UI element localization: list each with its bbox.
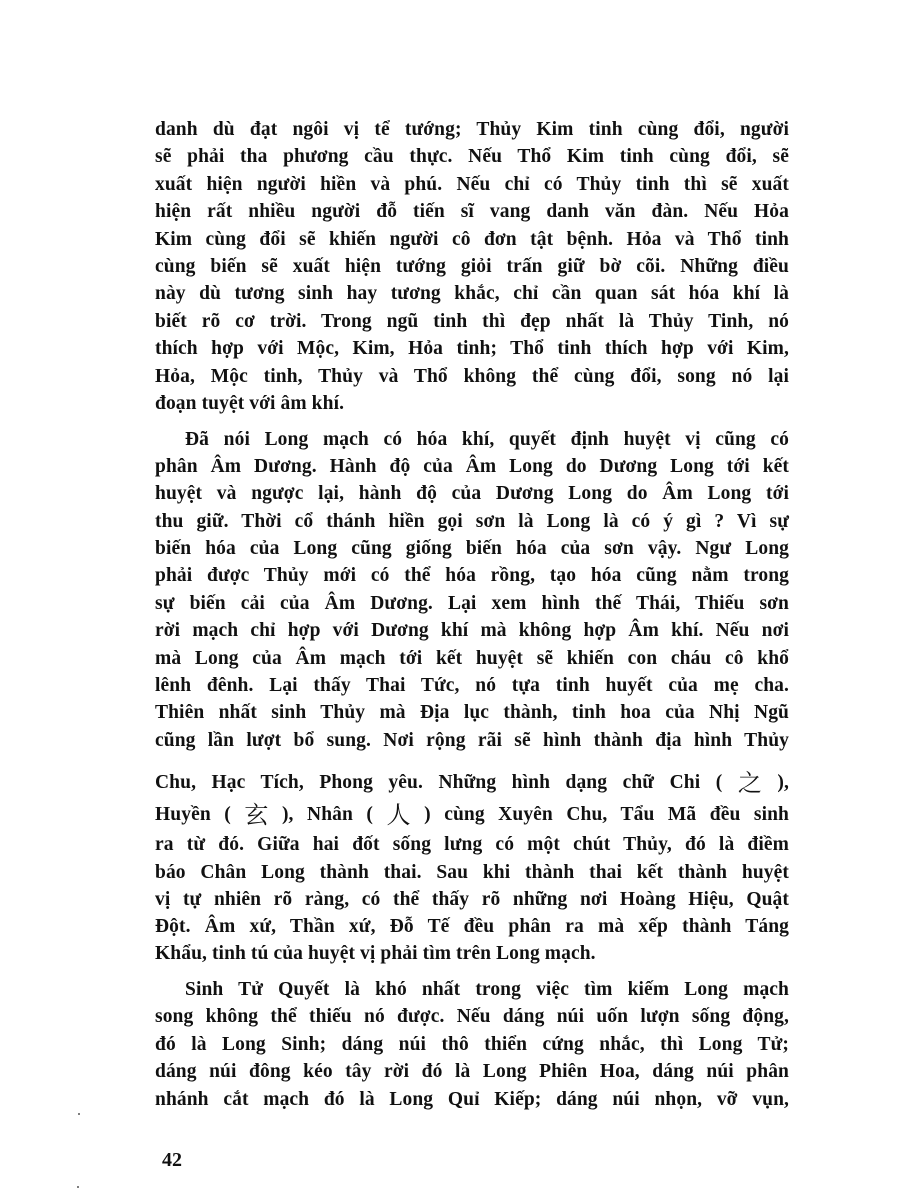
text-segment: ) cùng Xuyên Chu, Tẩu Mã đều sinh <box>424 804 789 825</box>
text-line: sự biến cải của Âm Dương. Lại xem hình t… <box>155 592 789 616</box>
text-line: thu giữ. Thời cổ thánh hiền gọi sơn là L… <box>155 510 789 534</box>
text-segment: Chu, Hạc Tích, Phong yêu. Những hình dạn… <box>155 772 722 793</box>
text-line: mà Long của Âm mạch tới kết huyệt sẽ khi… <box>155 647 789 671</box>
text-line: thích hợp với Mộc, Kim, Hỏa tinh; Thổ ti… <box>155 337 789 361</box>
text-line: dáng núi đông kéo tây rời đó là Long Phi… <box>155 1060 789 1084</box>
text-line: đó là Long Sinh; dáng núi thô thiển cứng… <box>155 1033 789 1057</box>
book-page: danh dù đạt ngôi vị tể tướng; Thủy Kim t… <box>0 0 921 1200</box>
text-line: Kim cùng đổi sẽ khiến người cô đơn tật b… <box>155 228 789 252</box>
text-line: báo Chân Long thành thai. Sau khi thành … <box>155 861 789 885</box>
text-line: Đã nói Long mạch có hóa khí, quyết định … <box>185 428 789 452</box>
text-line: song không thể thiếu nó được. Nếu dáng n… <box>155 1005 789 1029</box>
chinese-character-huyen: 玄 <box>244 803 268 827</box>
text-segment: Huyền ( <box>155 804 231 825</box>
text-line: Hỏa, Mộc tinh, Thủy và Thổ không thể cùn… <box>155 365 789 389</box>
text-line: xuất hiện người hiền và phú. Nếu chỉ có … <box>155 173 789 197</box>
chinese-character-chi: 之 <box>738 771 762 795</box>
text-line: cùng biến sẽ xuất hiện tướng giỏi trấn g… <box>155 255 789 279</box>
text-line: Khẩu, tinh tú của huyệt vị phải tìm trên… <box>155 942 789 966</box>
text-line-with-huyen-nhan-characters: Huyền ( 玄 ), Nhân ( 人 ) cùng Xuyên Chu, … <box>155 803 789 827</box>
text-line: cũng lần lượt bổ sung. Nơi rộng rãi sẽ h… <box>155 729 789 753</box>
text-line: hiện rất nhiều người đỗ tiến sĩ vang dan… <box>155 200 789 224</box>
text-line: rời mạch chỉ hợp với Dương khí mà không … <box>155 619 789 643</box>
text-line: nhánh cắt mạch đó là Long Quỉ Kiếp; dáng… <box>155 1088 789 1112</box>
text-line: biết rõ cơ trời. Trong ngũ tinh thì đẹp … <box>155 310 789 334</box>
text-line: đoạn tuyệt với âm khí. <box>155 392 789 416</box>
text-line: Đột. Âm xứ, Thần xứ, Đỗ Tế đều phân ra m… <box>155 915 789 939</box>
text-segment: ), Nhân ( <box>282 804 373 825</box>
text-line: biến hóa của Long cũng giống biến hóa củ… <box>155 537 789 561</box>
text-line: phân Âm Dương. Hành độ của Âm Long do Dư… <box>155 455 789 479</box>
text-line: này dù tương sinh hay tương khắc, chỉ cầ… <box>155 282 789 306</box>
text-line: vị tự nhiên rõ ràng, có thể thấy rõ nhữn… <box>155 888 789 912</box>
page-number: 42 <box>162 1149 182 1172</box>
text-line: phải được Thủy mới có thể hóa rồng, tạo … <box>155 564 789 588</box>
scan-speck <box>77 1186 79 1188</box>
text-line: huyệt và ngược lại, hành độ của Dương Lo… <box>155 482 789 506</box>
text-line: ra từ đó. Giữa hai đốt sống lưng có một … <box>155 833 789 857</box>
text-line: Thiên nhất sinh Thủy mà Địa lục thành, t… <box>155 701 789 725</box>
chinese-character-nhan: 人 <box>387 803 411 827</box>
text-line: sẽ phải tha phương cầu thực. Nếu Thổ Kim… <box>155 145 789 169</box>
text-line: Sinh Tử Quyết là khó nhất trong việc tìm… <box>185 978 789 1002</box>
text-segment: ), <box>777 772 789 793</box>
text-line: danh dù đạt ngôi vị tể tướng; Thủy Kim t… <box>155 118 789 142</box>
text-line-with-chi-character: Chu, Hạc Tích, Phong yêu. Những hình dạn… <box>155 771 789 795</box>
scan-speck <box>78 1113 80 1115</box>
text-line: lênh đênh. Lại thấy Thai Tức, nó tựa tin… <box>155 674 789 698</box>
